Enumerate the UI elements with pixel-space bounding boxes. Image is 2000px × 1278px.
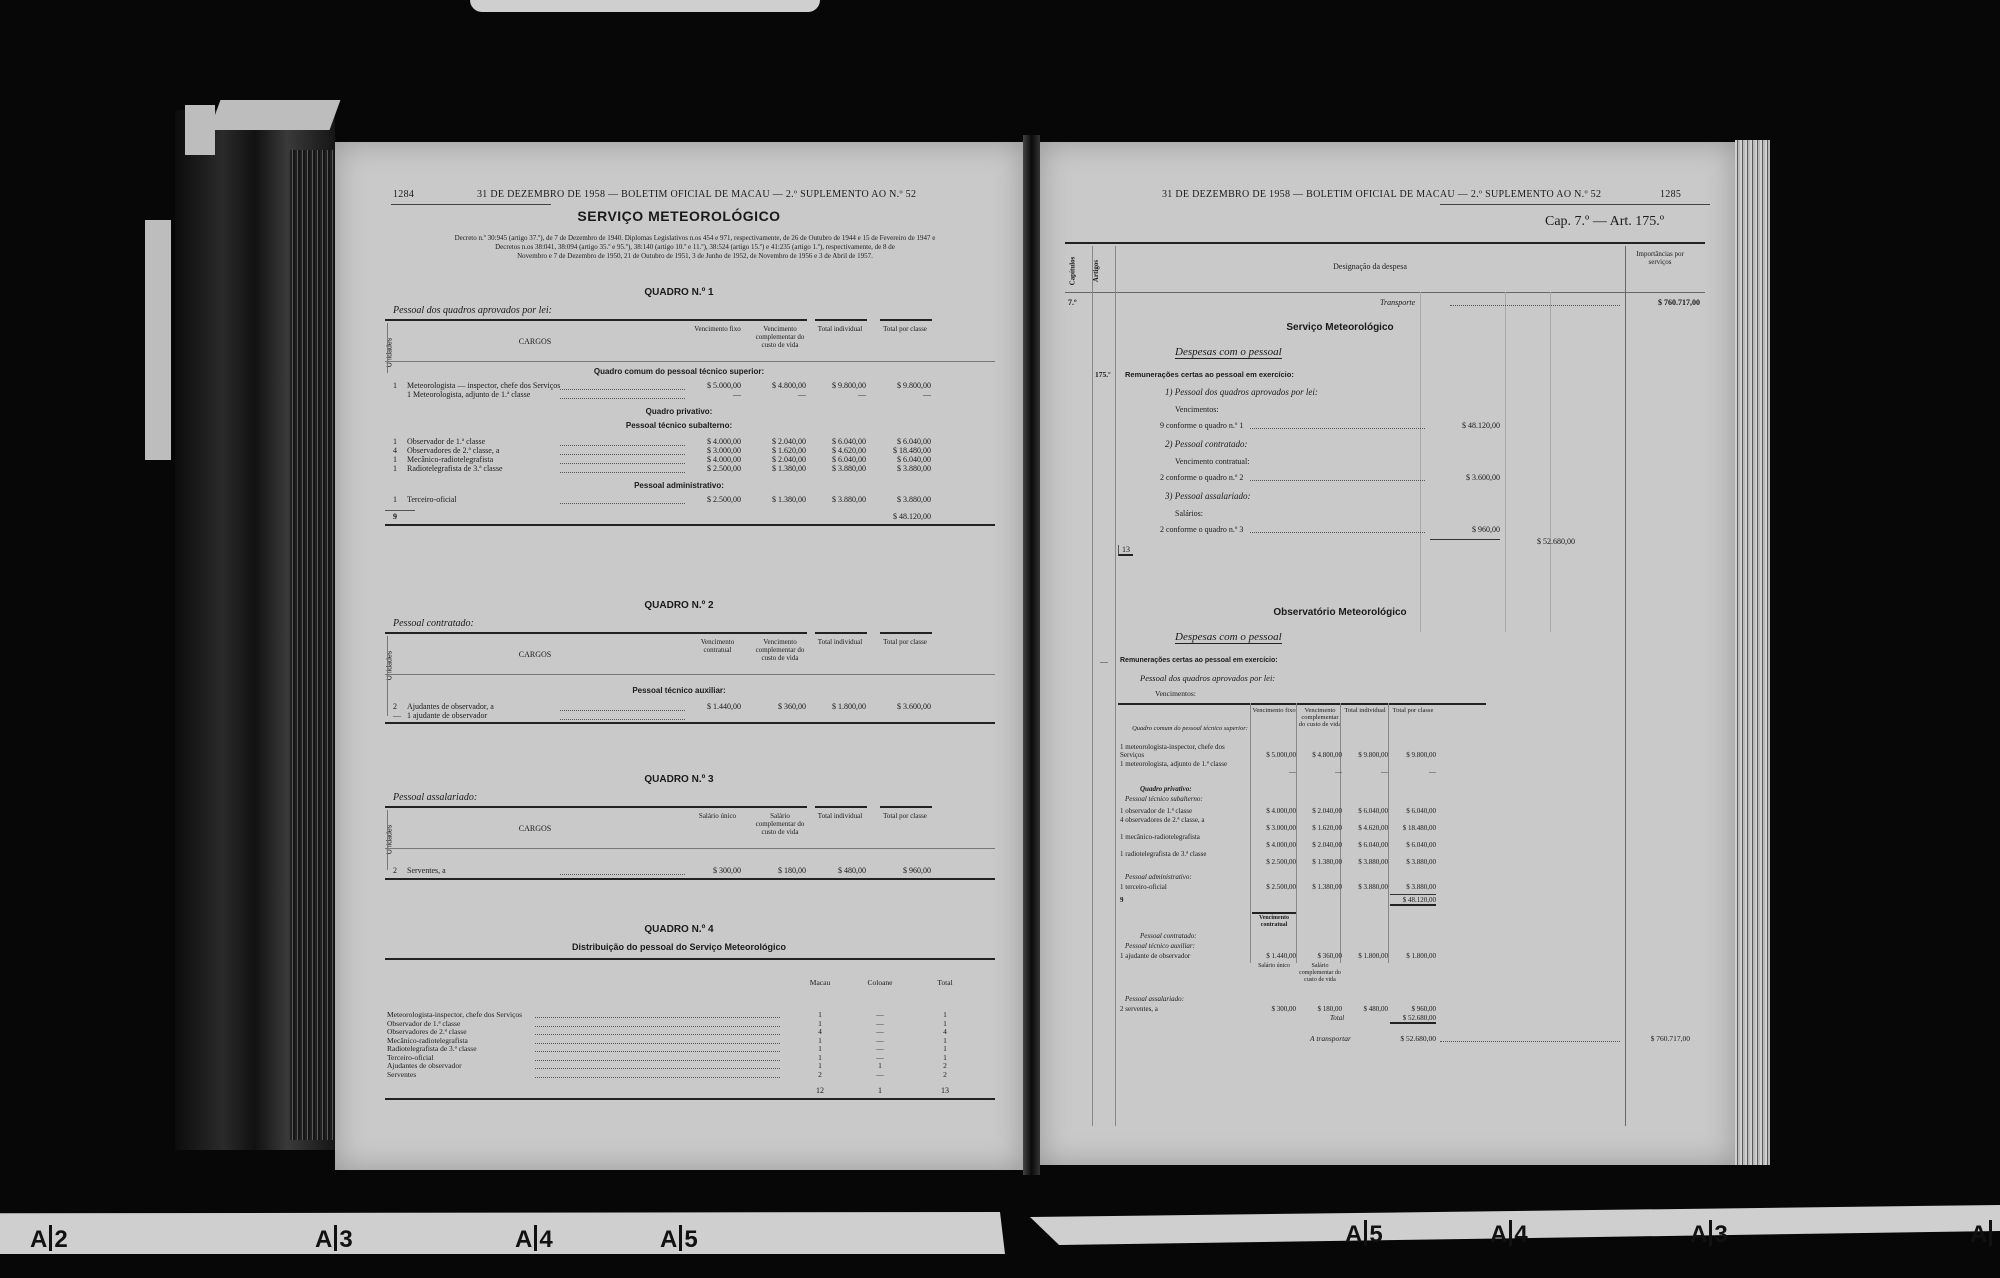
row-units: 2 (393, 702, 397, 711)
row-value: $ 2.500,00 (690, 464, 741, 473)
table-header: Vencimento contratual (1252, 915, 1296, 929)
rule-line (815, 632, 867, 634)
cell-total: 2 (920, 1070, 970, 1079)
total-units: 9 (393, 512, 397, 521)
group-subheading: Pessoal técnico subalterno: (1125, 795, 1203, 803)
table-header: Vencimento fixo (1252, 707, 1296, 714)
section-subtitle: Despesas com o pessoal (1175, 346, 1282, 359)
row-value: $ 1.800,00 (1390, 952, 1436, 960)
rule-line (695, 319, 742, 321)
column-header-artigos: Artigos (1092, 260, 1100, 282)
leader-dots (1440, 1041, 1620, 1042)
rule-line (385, 958, 995, 960)
column-header: Vencimento complementar do custo de vida (750, 325, 810, 349)
row-value: $ 2.040,00 (750, 437, 806, 446)
units-total: 13 (1118, 545, 1133, 556)
rule-line (880, 319, 932, 321)
units-subtotal: 9 (1120, 896, 1124, 904)
rule-line (387, 810, 388, 870)
row-value: $ 4.000,00 (690, 455, 741, 464)
mark-digit: 3 (339, 1226, 352, 1253)
row-value: $ 300,00 (1252, 1005, 1296, 1013)
rule-line (1296, 703, 1297, 963)
rule-line (1252, 912, 1296, 914)
row-value: $ 180,00 (750, 866, 806, 875)
mark-bar (1509, 1220, 1512, 1246)
group-heading: Pessoal administrativo: (1125, 873, 1192, 881)
a-transportar-value: $ 52.680,00 (1390, 1034, 1436, 1043)
item-value: $ 3.600,00 (1430, 473, 1500, 482)
film-frame-mark: A5 (660, 1225, 698, 1254)
mark-letter: A (30, 1226, 47, 1253)
quadro-subtitle: Pessoal dos quadros aprovados por lei: (393, 305, 552, 316)
row-units: 1 (393, 455, 397, 464)
row-value: $ 4.620,00 (1342, 824, 1388, 832)
row-value: $ 6.040,00 (875, 455, 931, 464)
row-value: $ 3.880,00 (1342, 858, 1388, 866)
row-value: $ 1.800,00 (1342, 952, 1388, 960)
rule-line (1550, 292, 1551, 632)
column-header-cargos: CARGOS (385, 337, 685, 346)
transporte-label: Transporte (1380, 298, 1415, 307)
subheading: Pessoal dos quadros aprovados por lei: (1140, 673, 1275, 683)
leader-dots (535, 1043, 780, 1044)
rule-line (385, 848, 995, 849)
row-value: $ 3.880,00 (875, 464, 931, 473)
mark-digit: 5 (1369, 1221, 1382, 1248)
group-heading: Pessoal assalariado: (1125, 995, 1184, 1003)
row-cargo: 1 Meteorologista, adjunto de 1.ª classe (407, 390, 530, 399)
section-title: Observatório Meteorológico (1040, 607, 1640, 618)
item-label: 2) Pessoal contratado: (1165, 439, 1248, 449)
leader-dots (535, 1034, 780, 1035)
rule-line (385, 510, 415, 511)
rule-line (1388, 703, 1389, 963)
row-cargo: 1 ajudante de observador (407, 711, 487, 720)
quadro-subtitle: Pessoal assalariado: (393, 792, 477, 803)
row-cargo: 1 meteorologista, adjunto de 1.ª classe (1120, 760, 1250, 768)
section-heading: Remunerações certas ao pessoal em exercí… (1120, 657, 1278, 664)
column-header: Total individual (810, 638, 870, 646)
column-header: Vencimento complementar do custo de vida (750, 638, 810, 662)
film-frame-mark: A3 (315, 1225, 353, 1254)
row-value: $ 960,00 (875, 866, 931, 875)
left-page: 1284 31 DE DEZEMBRO DE 1958 — BOLETIM OF… (335, 142, 1023, 1170)
page-stack-right (1735, 140, 1770, 1165)
leader-dots (535, 1017, 780, 1018)
row-value: $ 9.800,00 (875, 381, 931, 390)
row-value: $ 6.040,00 (810, 437, 866, 446)
row-units: 2 (393, 866, 397, 875)
row-value: — (1390, 768, 1436, 776)
leader-dots (535, 1051, 780, 1052)
table-header: Total por classe (1390, 707, 1436, 714)
mark-letter: A (515, 1226, 532, 1253)
quadro-subtitle: Distribuição do pessoal do Serviço Meteo… (335, 942, 1023, 952)
row-cargo: Mecânico-radiotelegrafista (407, 455, 493, 464)
row-value: $ 6.040,00 (1390, 841, 1436, 849)
row-value: $ 9.800,00 (1342, 751, 1388, 759)
rule-line (1625, 246, 1626, 1126)
leader-dots (560, 503, 685, 504)
row-cargo: Observadores de 2.ª classe, a (407, 446, 499, 455)
group-heading: Quadro comum do pessoal técnico superior… (1130, 725, 1250, 732)
rule-line (385, 878, 995, 880)
row-units: 4 (393, 446, 397, 455)
mark-bar (534, 1225, 537, 1251)
page-number: 1285 (1660, 189, 1681, 200)
rule-line (1390, 894, 1436, 895)
column-header-cargos: CARGOS (385, 824, 685, 833)
row-value: $ 3.880,00 (1342, 883, 1388, 891)
row-value: $ 2.040,00 (750, 455, 806, 464)
row-value: $ 480,00 (810, 866, 866, 875)
quadro-title: QUADRO N.º 4 (335, 924, 1023, 935)
row-value: $ 3.880,00 (810, 495, 866, 504)
row-value: $ 4.620,00 (810, 446, 866, 455)
row-units: 1 (393, 495, 397, 504)
table-header: Total individual (1342, 707, 1388, 714)
row-value: $ 6.040,00 (810, 455, 866, 464)
leader-dots (560, 472, 685, 473)
row-value: — (1342, 768, 1388, 776)
column-header: Salário único (690, 812, 745, 820)
row-value: $ 18.480,00 (1390, 824, 1436, 832)
quadro-subtitle: Pessoal contratado: (393, 618, 474, 629)
row-cargo: Observador de 1.ª classe (407, 437, 485, 446)
row-cargo: 1 terceiro-oficial (1120, 883, 1250, 891)
section-subtotal: $ 52.680,00 (1505, 537, 1575, 546)
row-cargo: Serventes (387, 1070, 416, 1079)
column-header-capitulos: Capítulos (1068, 257, 1076, 286)
section-heading: Quadro comum do pessoal técnico superior… (335, 367, 1023, 376)
group-subheading: Pessoal técnico auxiliar: (1125, 942, 1195, 950)
article-number: 175.º (1095, 370, 1111, 379)
page-number: 1284 (393, 189, 414, 200)
rule-line (880, 632, 932, 634)
row-value: — (750, 390, 806, 399)
row-value: $ 1.620,00 (1298, 824, 1342, 832)
mark-bar (1364, 1220, 1367, 1246)
leader-dots (535, 1077, 780, 1078)
row-value: $ 1.380,00 (1298, 883, 1342, 891)
row-value: $ 9.800,00 (810, 381, 866, 390)
leader-dots (560, 710, 685, 711)
row-value: — (1252, 768, 1296, 776)
item-value: $ 960,00 (1430, 525, 1500, 534)
rule-line (1430, 539, 1500, 540)
row-value: $ 2.500,00 (1252, 883, 1296, 891)
leader-dots (560, 398, 685, 399)
rule-line (385, 674, 995, 675)
leader-dots (535, 1060, 780, 1061)
rule-line (695, 806, 742, 808)
sub-heading: Vencimentos: (1155, 689, 1196, 698)
item-value: $ 48.120,00 (1430, 421, 1500, 430)
rule-line (385, 524, 995, 526)
column-header: Vencimento fixo (690, 325, 745, 333)
row-value: $ 1.620,00 (750, 446, 806, 455)
rule-line (387, 636, 388, 716)
row-value: $ 2.500,00 (1252, 858, 1296, 866)
rule-line (880, 806, 932, 808)
rule-line (815, 319, 867, 321)
table-header: Vencimento complementar do custo de vida (1298, 707, 1342, 728)
item-line: 2 conforme o quadro n.º 2 (1160, 473, 1243, 482)
item-label: 1) Pessoal dos quadros aprovados por lei… (1165, 387, 1318, 397)
film-frame-mark: A3 (1690, 1220, 1728, 1249)
column-header: Salário complementar do custo de vida (750, 812, 810, 836)
row-value: $ 3.880,00 (1390, 883, 1436, 891)
column-header-designacao: Designação da despesa (1100, 262, 1640, 271)
quadro-title: QUADRO N.º 3 (335, 774, 1023, 785)
rule-line (385, 361, 995, 362)
right-page: 31 DE DEZEMBRO DE 1958 — BOLETIM OFICIAL… (1040, 142, 1735, 1165)
column-header: Total por classe (875, 638, 935, 646)
column-header: Macau (795, 978, 845, 987)
mark-bar (679, 1225, 682, 1251)
row-units: — (393, 711, 401, 720)
mark-bar (1709, 1220, 1712, 1246)
column-header-importancias: Importâncias por serviços (1625, 250, 1695, 266)
rule-line (1420, 292, 1421, 632)
row-cargo: 1 radiotelegrafista de 3.ª classe (1120, 850, 1250, 858)
item-sub: Vencimentos: (1175, 405, 1219, 414)
a-transportar-total: $ 760.717,00 (1630, 1034, 1690, 1043)
row-value: $ 2.040,00 (1298, 807, 1342, 815)
cell-macau: 2 (795, 1070, 845, 1079)
total-macau: 12 (795, 1086, 845, 1095)
table-header: Salário complementar do custo de vida (1298, 963, 1342, 984)
section-subheading: Pessoal técnico subalterno: (335, 421, 1023, 430)
column-header-cargos: CARGOS (385, 650, 685, 659)
section-heading: Remunerações certas ao pessoal em exercí… (1125, 370, 1294, 379)
subtotal-value: $ 48.120,00 (1390, 896, 1436, 906)
leader-dots (560, 389, 685, 390)
row-cargo: 1 observador de 1.ª classe (1120, 807, 1250, 815)
row-cargo: 1 ajudante de observador (1120, 952, 1250, 960)
total-label: Total (1330, 1014, 1344, 1022)
row-value: $ 4.000,00 (1252, 807, 1296, 815)
rule-line (755, 319, 807, 321)
row-value: $ 2.500,00 (690, 495, 741, 504)
row-cargo: Serventes, a (407, 866, 446, 875)
row-value: $ 4.000,00 (690, 437, 741, 446)
film-top-edge (470, 0, 820, 12)
column-header: Total individual (810, 812, 870, 820)
column-header: Coloane (855, 978, 905, 987)
mark-letter: A (1490, 1221, 1507, 1248)
rule-line (1115, 246, 1116, 1126)
row-value: $ 2.040,00 (1298, 841, 1342, 849)
row-cargo: Radiotelegrafista de 3.ª classe (407, 464, 503, 473)
transporte-value: $ 760.717,00 (1630, 298, 1700, 307)
mark-letter: A (1970, 1221, 1987, 1248)
column-header: Total por classe (875, 325, 935, 333)
quadro-title: QUADRO N.º 2 (335, 600, 1023, 611)
row-cargo: Ajudantes de observador, a (407, 702, 494, 711)
mark-bar (334, 1225, 337, 1251)
row-cargo: 1 mecânico-radiotelegrafista (1120, 833, 1250, 841)
mark-letter: A (1690, 1221, 1707, 1248)
mark-digit: 4 (539, 1226, 552, 1253)
row-units: 1 (393, 437, 397, 446)
row-value: $ 3.600,00 (875, 702, 931, 711)
column-header: Total individual (810, 325, 870, 333)
row-value: — (810, 390, 866, 399)
column-header: Total (920, 978, 970, 987)
running-head: 31 DE DEZEMBRO DE 1958 — BOLETIM OFICIAL… (1162, 189, 1601, 200)
chapter-number: 7.º (1068, 298, 1077, 307)
row-value: $ 3.880,00 (810, 464, 866, 473)
rule-line (1340, 703, 1341, 963)
row-value: $ 1.380,00 (750, 495, 806, 504)
a-transportar-label: A transportar (1310, 1034, 1351, 1043)
dash: — (1100, 657, 1108, 666)
mark-letter: A (315, 1226, 332, 1253)
leader-dots (560, 445, 685, 446)
column-header: Total por classe (875, 812, 935, 820)
row-value: $ 3.880,00 (875, 495, 931, 504)
mark-digit: 2 (54, 1226, 67, 1253)
row-value: $ 4.000,00 (1252, 841, 1296, 849)
row-value: — (690, 390, 741, 399)
row-value: $ 300,00 (690, 866, 741, 875)
row-value: $ 1.440,00 (1252, 952, 1296, 960)
total-total: 13 (920, 1086, 970, 1095)
row-value: $ 1.380,00 (750, 464, 806, 473)
row-value: $ 360,00 (750, 702, 806, 711)
table-header: Salário único (1252, 963, 1296, 970)
total-value: $ 52.680,00 (1390, 1014, 1436, 1024)
rule-line (1092, 246, 1093, 1126)
mark-letter: A (660, 1226, 677, 1253)
row-cargo: 2 serventes, a (1120, 1005, 1250, 1013)
leader-dots (535, 1068, 780, 1069)
row-value: $ 480,00 (1342, 1005, 1388, 1013)
row-value: $ 6.040,00 (875, 437, 931, 446)
leader-dots (560, 454, 685, 455)
page-stack-left (290, 150, 335, 1140)
row-value: $ 18.480,00 (875, 446, 931, 455)
total-coloane: 1 (855, 1086, 905, 1095)
row-value: $ 1.440,00 (690, 702, 741, 711)
section-heading: Pessoal administrativo: (335, 481, 1023, 490)
row-value: $ 9.800,00 (1390, 751, 1436, 759)
rule-line (1118, 703, 1486, 705)
row-value: $ 6.040,00 (1342, 807, 1388, 815)
row-value: — (875, 390, 931, 399)
row-value: $ 960,00 (1390, 1005, 1436, 1013)
item-line: 9 conforme o quadro n.º 1 (1160, 421, 1243, 430)
rule-line (1505, 292, 1506, 632)
decree-references: Decreto n.º 30:945 (artigo 37.º), de 7 d… (395, 234, 995, 261)
rule-line (1065, 292, 1705, 293)
leader-dots (1450, 305, 1620, 306)
rule-line (815, 806, 867, 808)
mark-digit: 5 (684, 1226, 697, 1253)
row-value: $ 6.040,00 (1342, 841, 1388, 849)
item-label: 3) Pessoal assalariado: (1165, 491, 1251, 501)
item-sub: Vencimento contratual: (1175, 457, 1249, 466)
chapter-article: Cap. 7.º — Art. 175.º (1545, 214, 1664, 230)
mark-bar (1989, 1220, 1992, 1246)
leader-dots (535, 1026, 780, 1027)
rule-line (385, 722, 995, 724)
row-value: $ 1.800,00 (810, 702, 866, 711)
row-value: $ 360,00 (1298, 952, 1342, 960)
row-cargo: Meteorologista — inspector, chefe dos Se… (407, 381, 560, 390)
mark-bar (49, 1225, 52, 1251)
book-gutter (1023, 135, 1040, 1175)
rule-line (755, 632, 807, 634)
row-value: $ 4.800,00 (1298, 751, 1342, 759)
row-cargo: 4 observadores de 2.ª classe, a (1120, 816, 1250, 824)
row-cargo: 1 meteorologista-inspector, chefe dos Se… (1120, 743, 1250, 759)
row-units: 1 (393, 381, 397, 390)
row-units: 1 (393, 464, 397, 473)
leader-dots (1250, 428, 1425, 429)
section-heading: Quadro privativo: (335, 407, 1023, 416)
rule-line (385, 1098, 995, 1100)
film-frame-mark: A (1970, 1220, 1994, 1249)
mark-digit: 4 (1514, 1221, 1527, 1248)
row-value: — (1298, 768, 1342, 776)
row-value: $ 5.000,00 (690, 381, 741, 390)
total-value: $ 48.120,00 (875, 512, 931, 521)
rule-line (695, 632, 742, 634)
leader-dots (560, 874, 685, 875)
group-heading: Pessoal contratado: (1140, 932, 1197, 940)
page-title: SERVIÇO METEOROLÓGICO (335, 208, 1023, 224)
running-head: 31 DE DEZEMBRO DE 1958 — BOLETIM OFICIAL… (477, 189, 916, 200)
section-heading: Pessoal técnico auxiliar: (335, 686, 1023, 695)
item-line: 2 conforme o quadro n.º 3 (1160, 525, 1243, 534)
cell-coloane: — (855, 1070, 905, 1079)
film-frame-mark: A4 (515, 1225, 553, 1254)
row-value: $ 4.800,00 (750, 381, 806, 390)
rule-line (755, 806, 807, 808)
group-heading: Quadro privativo: (1140, 785, 1192, 793)
column-header: Vencimento contratual (690, 638, 745, 654)
leader-dots (560, 719, 685, 720)
row-value: $ 3.880,00 (1390, 858, 1436, 866)
quadro-title: QUADRO N.º 1 (335, 287, 1023, 298)
mark-digit: 3 (1714, 1221, 1727, 1248)
section-subtitle: Despesas com o pessoal (1175, 631, 1282, 644)
rule-line (1250, 703, 1251, 963)
film-frame-mark: A5 (1345, 1220, 1383, 1249)
film-frame-mark: A2 (30, 1225, 68, 1254)
rule-line (387, 323, 388, 373)
section-title: Serviço Meteorológico (1040, 322, 1640, 333)
leader-dots (1250, 532, 1425, 533)
row-cargo: Terceiro-oficial (407, 495, 457, 504)
row-value: $ 5.000,00 (1252, 751, 1296, 759)
row-value: $ 3.000,00 (1252, 824, 1296, 832)
film-frame-mark: A4 (1490, 1220, 1528, 1249)
leader-dots (560, 463, 685, 464)
row-value: $ 6.040,00 (1390, 807, 1436, 815)
row-value: $ 1.380,00 (1298, 858, 1342, 866)
leader-dots (1250, 480, 1425, 481)
row-value: $ 3.000,00 (690, 446, 741, 455)
mark-letter: A (1345, 1221, 1362, 1248)
item-sub: Salários: (1175, 509, 1203, 518)
row-value: $ 180,00 (1298, 1005, 1342, 1013)
